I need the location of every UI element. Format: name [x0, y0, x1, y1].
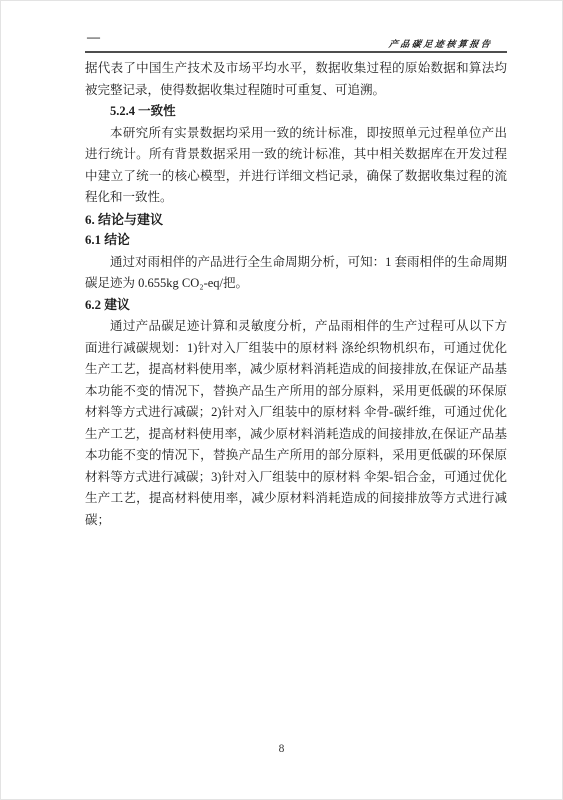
- paragraph-conclusion: 通过对雨相伴的产品进行全生命周期分析，可知：1 套雨相伴的生命周期碳足迹为 0.…: [85, 252, 507, 295]
- header-dash-mark: —: [87, 29, 99, 45]
- header-title: 产品碳足迹核算报告: [389, 37, 494, 50]
- heading-6-1-conclusion: 6.1 结论: [85, 230, 507, 252]
- page-header: — 产品碳足迹核算报告: [85, 27, 507, 53]
- document-page: — 产品碳足迹核算报告 据代表了中国生产技术及市场平均水平，数据收集过程的原始数…: [0, 0, 563, 800]
- heading-5-2-4-consistency: 5.2.4 一致性: [85, 101, 507, 123]
- paragraph-suggestions: 通过产品碳足迹计算和灵敏度分析，产品雨相伴的生产过程可从以下方面进行减碳规划：1…: [85, 316, 507, 531]
- heading-6-conclusions-and-suggestions: 6. 结论与建议: [85, 209, 507, 231]
- page-number: 8: [1, 743, 562, 755]
- document-body: 据代表了中国生产技术及市场平均水平，数据收集过程的原始数据和算法均被完整记录，使…: [85, 58, 507, 531]
- heading-6-2-suggestions: 6.2 建议: [85, 295, 507, 317]
- paragraph-data-representativeness-continuation: 据代表了中国生产技术及市场平均水平，数据收集过程的原始数据和算法均被完整记录，使…: [85, 58, 507, 101]
- paragraph-consistency: 本研究所有实景数据均采用一致的统计标准，即按照单元过程单位产出进行统计。所有背景…: [85, 123, 507, 209]
